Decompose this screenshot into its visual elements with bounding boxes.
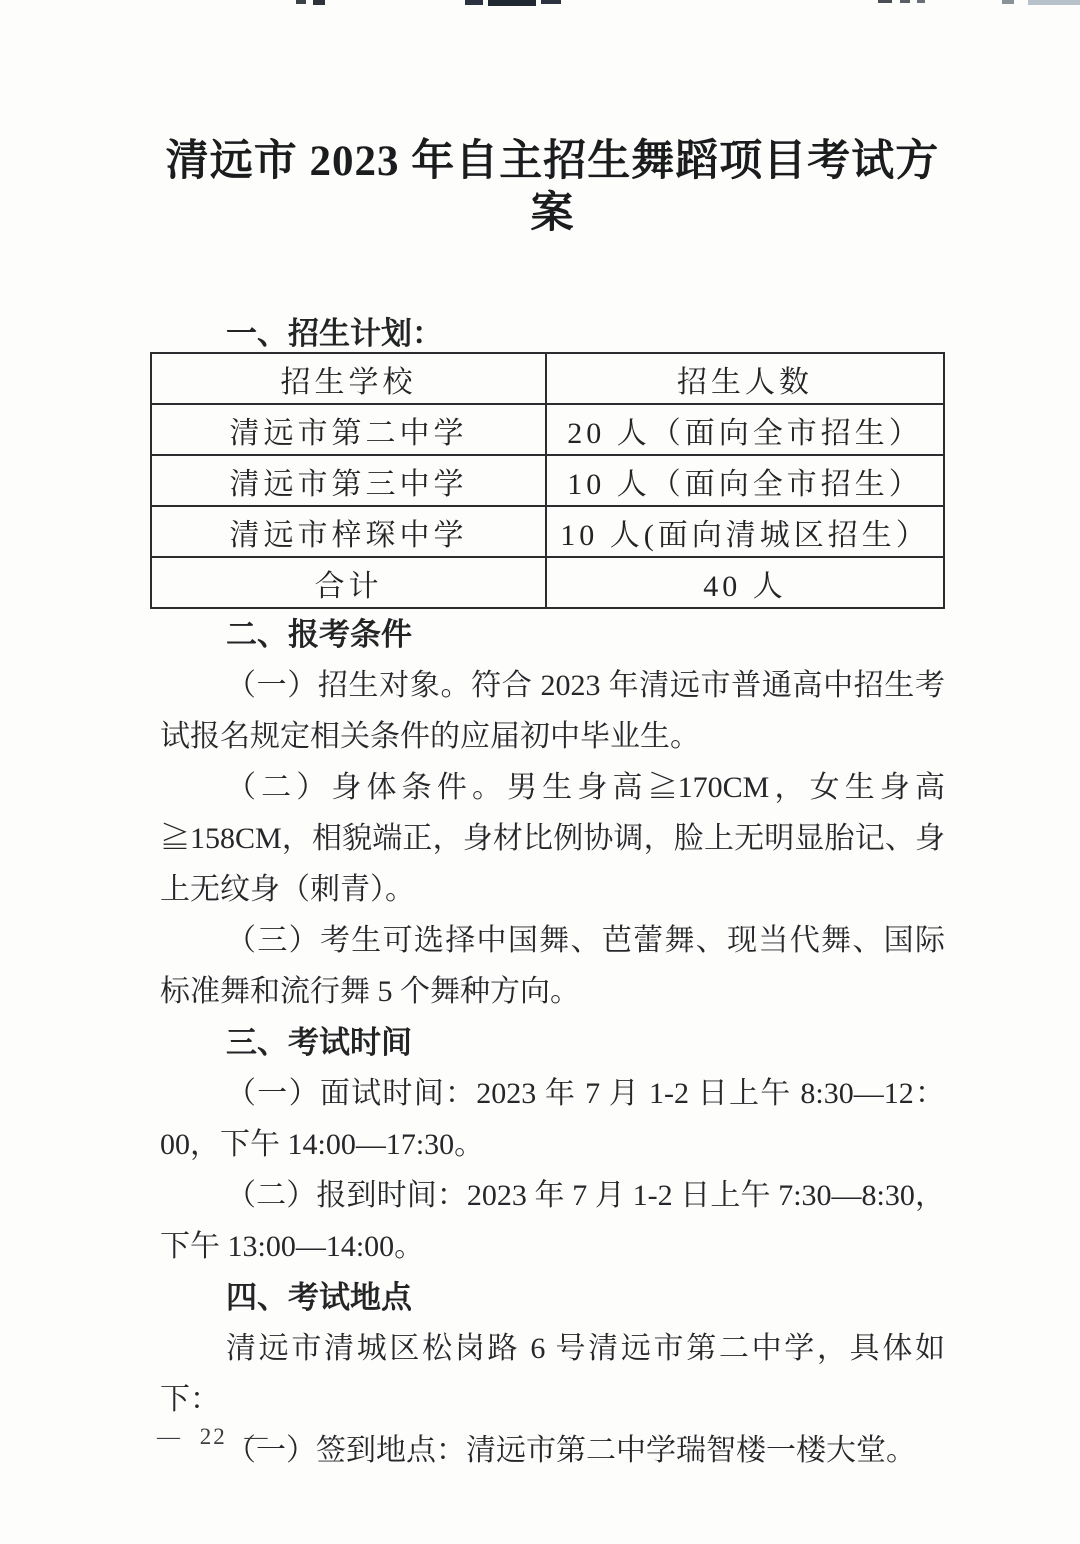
paragraph-enrollment-target: （一）招生对象。符合 2023 年清远市普通高中招生考试报名规定相关条件的应届初… bbox=[160, 660, 945, 762]
scan-artifact bbox=[488, 0, 536, 6]
table-row: 清远市第二中学 20 人（面向全市招生） bbox=[151, 404, 944, 455]
scan-artifact bbox=[900, 0, 910, 3]
cell-school: 清远市第三中学 bbox=[151, 455, 546, 506]
scan-artifact bbox=[917, 0, 925, 3]
paragraph-interview-time: （一）面试时间：2023 年 7 月 1-2 日上午 8:30—12：00，下午… bbox=[160, 1068, 945, 1170]
scan-artifact bbox=[541, 0, 561, 4]
enrollment-plan-table: 招生学校 招生人数 清远市第二中学 20 人（面向全市招生） 清远市第三中学 1… bbox=[150, 352, 945, 609]
scan-artifact bbox=[1002, 0, 1014, 4]
section-heading-application-conditions: 二、报考条件 bbox=[160, 609, 945, 660]
paragraph-signin-location: （一）签到地点：清远市第二中学瑞智楼一楼大堂。 bbox=[160, 1425, 945, 1476]
scan-artifact bbox=[296, 0, 306, 4]
scan-artifact bbox=[1028, 0, 1080, 5]
paragraph-exam-address: 清远市清城区松岗路 6 号清远市第二中学，具体如下： bbox=[160, 1323, 945, 1425]
table-header-row: 招生学校 招生人数 bbox=[151, 353, 944, 404]
column-header-count: 招生人数 bbox=[546, 353, 944, 404]
paragraph-physical-conditions: （二）身体条件。男生身高≧170CM，女生身高≧158CM，相貌端正，身材比例协… bbox=[160, 762, 945, 915]
scan-artifact bbox=[878, 0, 892, 3]
cell-school: 清远市第二中学 bbox=[151, 404, 546, 455]
cell-count: 40 人 bbox=[546, 557, 944, 608]
document-page: { "page": { "title": "清远市 2023 年自主招生舞蹈项目… bbox=[0, 0, 1080, 1544]
table-row: 清远市第三中学 10 人（面向全市招生） bbox=[151, 455, 944, 506]
section-heading-enrollment-plan: 一、招生计划： bbox=[160, 318, 945, 350]
cell-count: 20 人（面向全市招生） bbox=[546, 404, 944, 455]
table-row: 合计 40 人 bbox=[151, 557, 944, 608]
page-title: 清远市 2023 年自主招生舞蹈项目考试方案 bbox=[160, 136, 945, 240]
scan-artifact bbox=[465, 0, 483, 5]
section-heading-exam-location: 四、考试地点 bbox=[160, 1272, 945, 1323]
cell-count: 10 人（面向全市招生） bbox=[546, 455, 944, 506]
section-heading-exam-time: 三、考试时间 bbox=[160, 1017, 945, 1068]
paragraph-checkin-time: （二）报到时间：2023 年 7 月 1-2 日上午 7:30—8:30，下午 … bbox=[160, 1170, 945, 1272]
cell-school: 清远市梓琛中学 bbox=[151, 506, 546, 557]
table-row: 清远市梓琛中学 10 人(面向清城区招生） bbox=[151, 506, 944, 557]
document-body: 清远市 2023 年自主招生舞蹈项目考试方案 一、招生计划： 招生学校 招生人数… bbox=[160, 0, 945, 1476]
paragraph-dance-categories: （三）考生可选择中国舞、芭蕾舞、现当代舞、国际标准舞和流行舞 5 个舞种方向。 bbox=[160, 915, 945, 1017]
cell-school: 合计 bbox=[151, 557, 546, 608]
page-number: — 22 — bbox=[157, 1424, 270, 1450]
cell-count: 10 人(面向清城区招生） bbox=[546, 506, 944, 557]
column-header-school: 招生学校 bbox=[151, 353, 546, 404]
scan-artifact bbox=[313, 0, 325, 5]
